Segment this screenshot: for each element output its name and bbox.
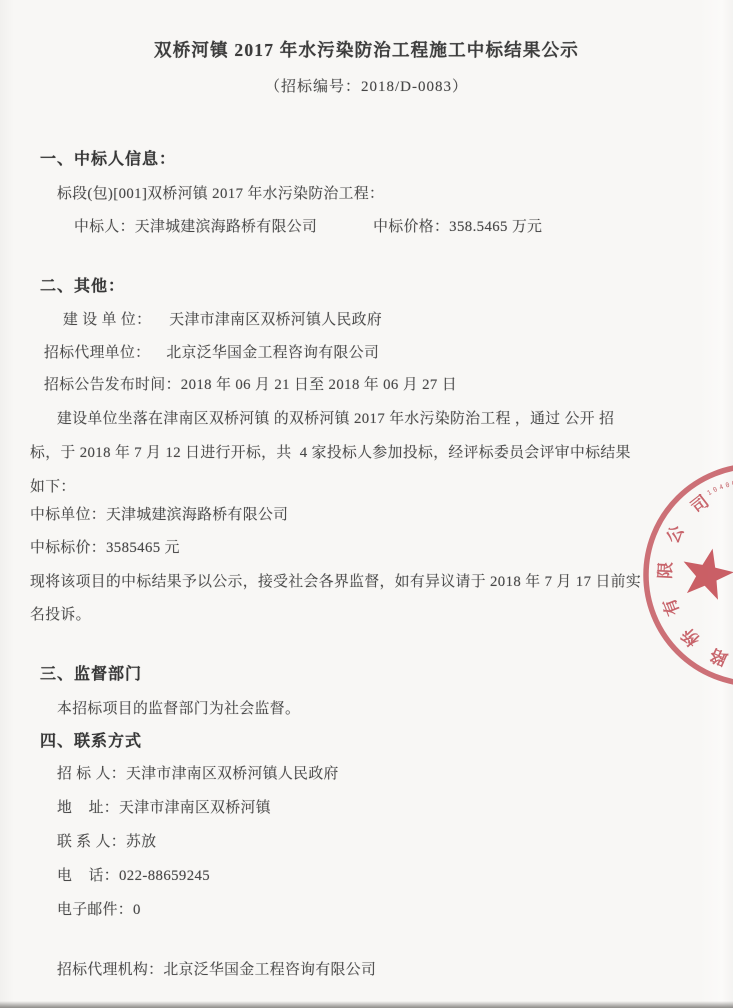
contact-label: 联 系 人： [57, 834, 126, 850]
contact-row-person: 联 系 人：苏放 [57, 830, 156, 851]
contact-value: 苏放 [126, 834, 156, 850]
body-paragraph-line3: 如下： [30, 475, 76, 496]
price-value: 358.5465 万元 [449, 219, 542, 235]
bid-number-line: （招标编号：2018/D-0083） [0, 75, 733, 96]
seal-ring-circle [646, 466, 733, 684]
body-paragraph-line2: 标，于 2018 年 7 月 12 日进行开标，共 4 家投标人参加投标，经评标… [30, 441, 631, 462]
section4-heading: 四、联系方式 [40, 728, 142, 751]
footer-agency-line: 招标代理机构：北京泛华国金工程咨询有限公司 [57, 958, 376, 979]
contact-label: 地 址： [57, 800, 119, 816]
owner-value: 天津市津南区双桥河镇人民政府 [169, 312, 382, 328]
seal-number-digit: 0 [712, 485, 719, 494]
contact-value: 天津市津南区双桥河镇 [119, 800, 271, 816]
contact-value: 天津市津南区双桥河镇人民政府 [126, 766, 339, 782]
contact-row-tenderee: 招 标 人：天津市津南区双桥河镇人民政府 [57, 762, 339, 783]
section2-heading: 二、其他： [40, 273, 125, 296]
contact-label: 招 标 人： [57, 766, 126, 782]
contact-row-address: 地 址：天津市津南区双桥河镇 [57, 796, 271, 817]
contact-label: 电 话： [57, 868, 119, 884]
notice-line2: 名投诉。 [30, 603, 91, 624]
price-label: 中标价格： [373, 219, 449, 235]
winning-price-line: 中标标价：3585465 元 [30, 536, 180, 557]
seal-graphic: 司 公 限 有 桥 路 1 0 4 0 0 2 1 8 4 5 [628, 450, 733, 688]
body-paragraph-line1: 建设单位坐落在津南区双桥河镇 的双桥河镇 2017 年水污染防治工程 ，通过 公… [57, 407, 614, 428]
section3-heading: 三、监督部门 [40, 661, 142, 684]
seal-ring-char: 有 [659, 596, 684, 619]
official-seal-stamp: 司 公 限 有 桥 路 1 0 4 0 0 2 1 8 4 5 [628, 450, 733, 688]
contact-value: 0 [133, 902, 141, 918]
document-title: 双桥河镇 2017 年水污染防治工程施工中标结果公示 [0, 37, 733, 62]
seal-ring-char: 司 [687, 492, 712, 517]
contact-row-phone: 电 话：022-88659245 [57, 864, 210, 885]
contact-label: 电子邮件： [57, 902, 133, 918]
agency-value: 北京泛华国金工程咨询有限公司 [166, 345, 379, 361]
winner-price-line: 中标人：天津城建滨海路桥有限公司中标价格：358.5465 万元 [74, 215, 542, 236]
footer-label: 招标代理机构： [57, 962, 163, 978]
section1-heading: 一、中标人信息： [40, 146, 176, 169]
seal-number-digit: 4 [718, 483, 725, 492]
seal-ring-char: 公 [663, 523, 688, 547]
winning-unit-line: 中标单位：天津城建滨海路桥有限公司 [30, 503, 288, 524]
seal-ring-char: 限 [656, 561, 676, 579]
footer-value: 北京泛华国金工程咨询有限公司 [163, 962, 376, 978]
scanned-document-page: 双桥河镇 2017 年水污染防治工程施工中标结果公示 （招标编号：2018/D-… [0, 0, 733, 1008]
supervision-body: 本招标项目的监督部门为社会监督。 [57, 697, 300, 718]
winner-value: 天津城建滨海路桥有限公司 [135, 219, 317, 235]
contact-value: 022-88659245 [119, 868, 210, 884]
winner-label: 中标人： [74, 219, 135, 235]
agency-label: 招标代理单位： [44, 345, 150, 361]
seal-ring-char: 桥 [677, 624, 703, 650]
seal-star-icon [684, 549, 733, 600]
announcement-period-line: 招标公告发布时间：2018 年 06 月 21 日至 2018 年 06 月 2… [44, 373, 457, 394]
seal-number-digit: 1 [706, 488, 713, 497]
lot-line: 标段(包)[001]双桥河镇 2017 年水污染防治工程： [57, 182, 384, 203]
owner-line: 建 设 单 位：天津市津南区双桥河镇人民政府 [63, 308, 382, 329]
notice-line1: 现将该项目的中标结果予以公示，接受社会各界监督，如有异议请于 2018 年 7 … [30, 570, 641, 591]
seal-number-digit: 0 [724, 481, 730, 490]
contact-row-email: 电子邮件：0 [57, 898, 141, 919]
owner-label: 建 设 单 位： [63, 312, 151, 328]
agency-line: 招标代理单位：北京泛华国金工程咨询有限公司 [44, 341, 379, 362]
seal-ring-char: 路 [707, 645, 731, 670]
